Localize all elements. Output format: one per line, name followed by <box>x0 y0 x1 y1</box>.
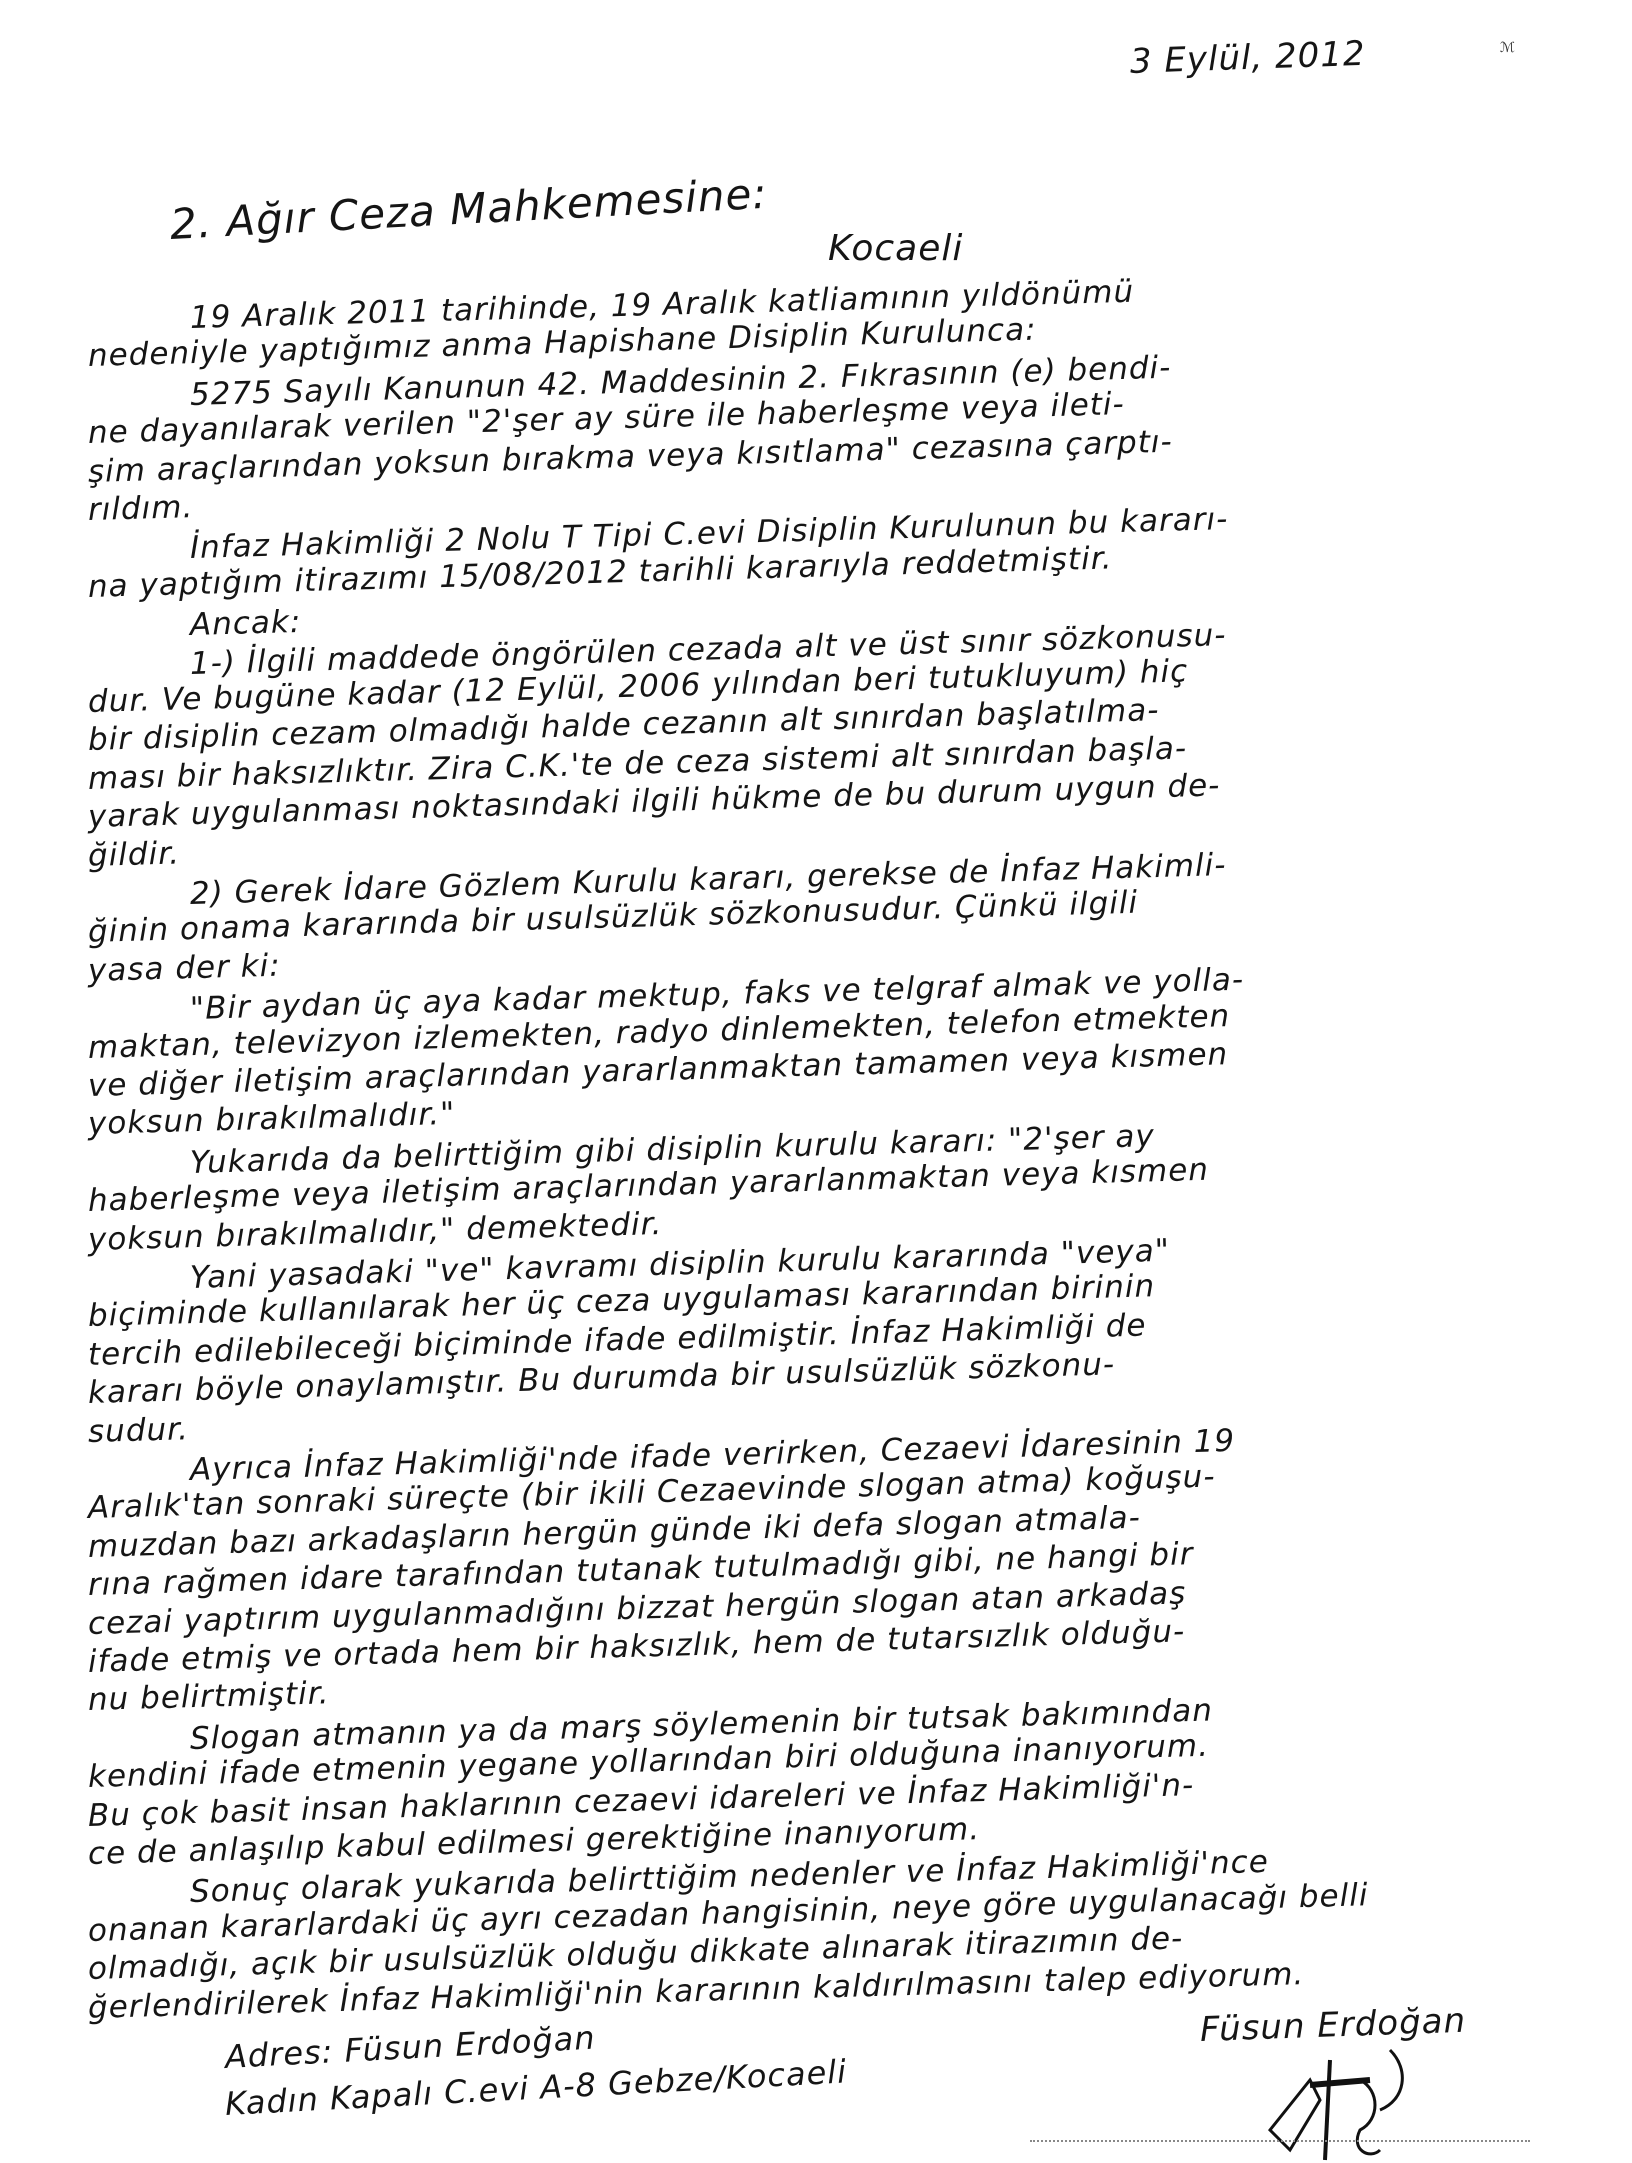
letter-date: 3 Eylül, 2012 <box>1129 34 1366 82</box>
corner-mark: ℳ <box>1500 40 1515 56</box>
letter-line: yasa der ki: <box>87 947 281 988</box>
sender-address-name: Adres: Füsun Erdoğan <box>224 2019 596 2076</box>
letter-line: yoksun bırakılmalıdır." <box>87 1096 455 1142</box>
letter-line: ğildir. <box>87 835 180 874</box>
letter-page: ℳ 3 Eylül, 2012 2. Ağır Ceza Mahkemesine… <box>0 0 1632 2163</box>
letter-line: Ancak: <box>189 604 301 643</box>
scan-noise <box>1030 2140 1530 2146</box>
letter-line: sudur. <box>87 1411 189 1450</box>
addressee-city: Kocaeli <box>828 228 963 269</box>
addressee-court: 2. Ağır Ceza Mahkemesine: <box>169 169 769 249</box>
letter-line: rıldım. <box>87 489 193 528</box>
letter-line: nu belirtmiştir. <box>87 1676 329 1719</box>
